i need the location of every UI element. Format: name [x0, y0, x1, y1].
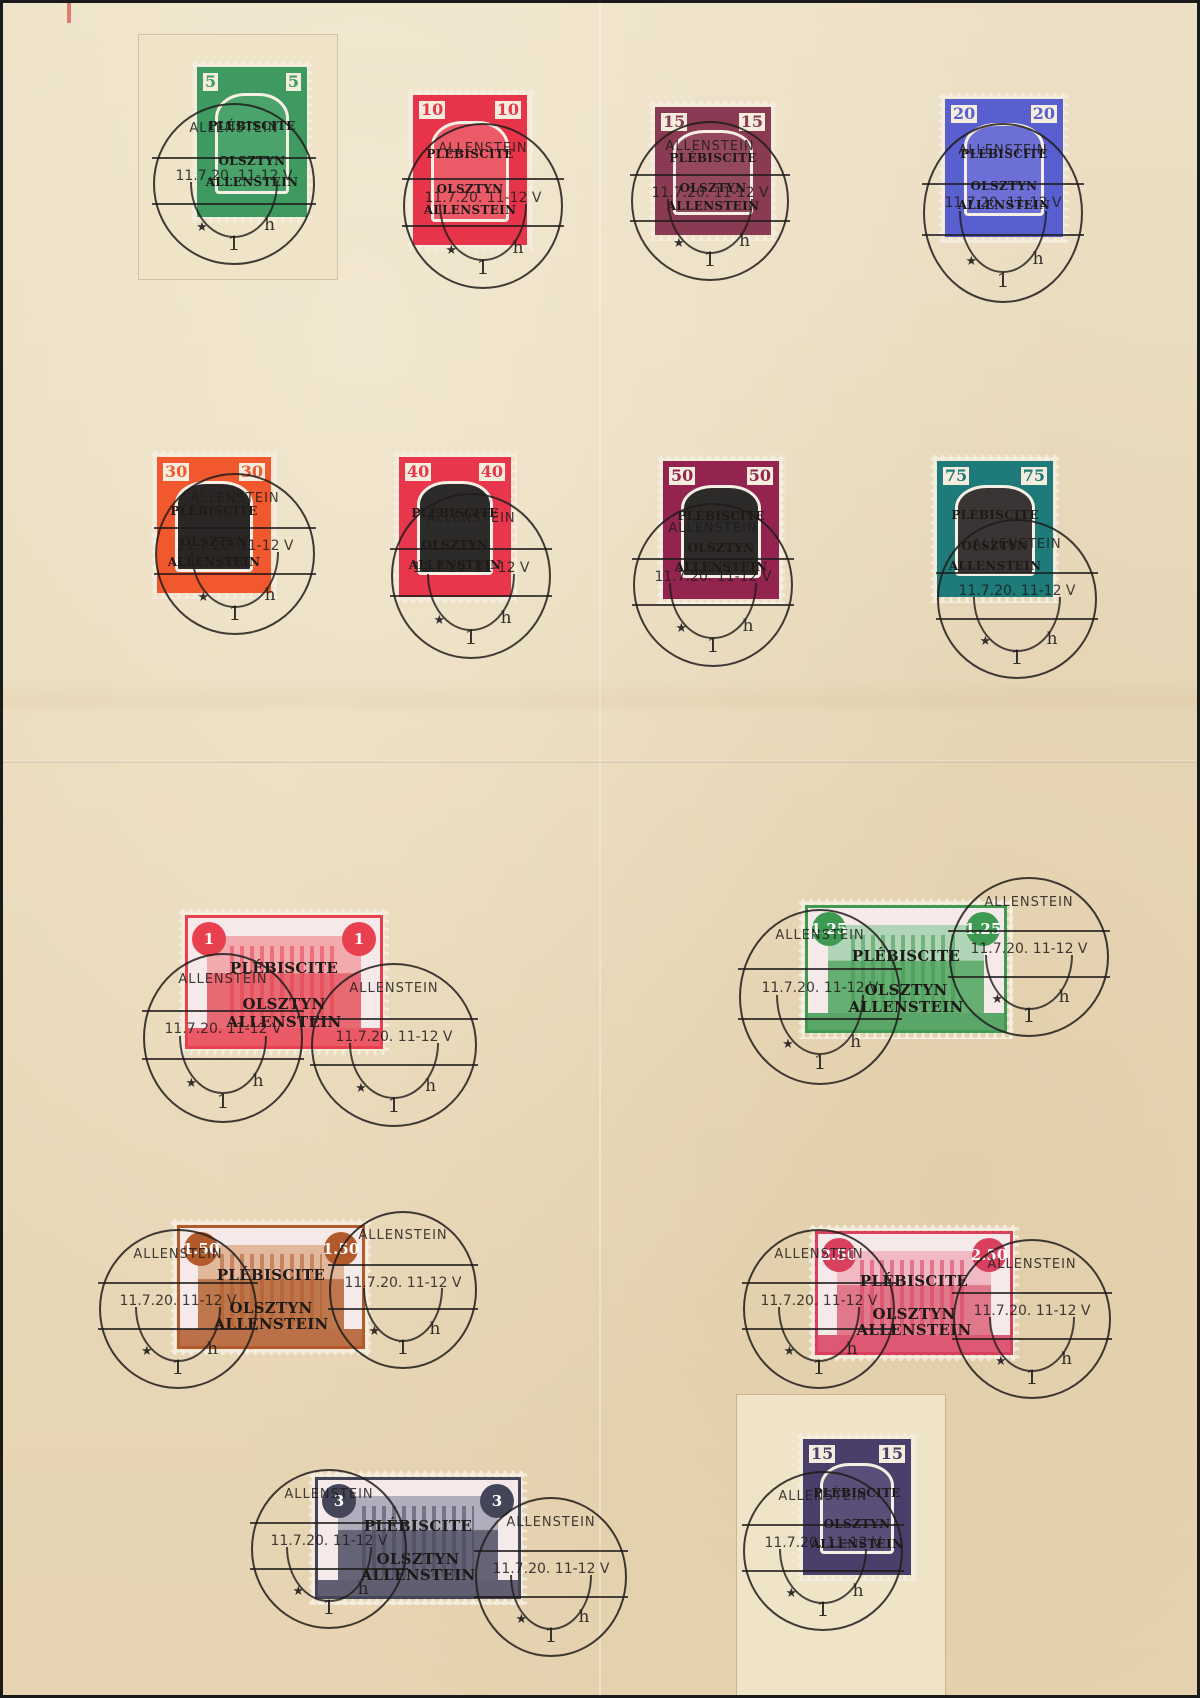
overprint-line: OLSZTYN — [948, 179, 1060, 193]
denomination-label: 50 — [747, 467, 773, 485]
bottom-band — [948, 216, 1060, 234]
denomination-label: 75 — [943, 467, 969, 485]
overprint-line: ALLENSTEIN — [818, 1321, 1010, 1339]
denomination-label: 3 — [480, 1484, 514, 1518]
denomination-label: 15 — [739, 113, 765, 131]
postmark-inner-arc — [363, 1288, 444, 1342]
overprint-line: OLSZTYN — [188, 995, 380, 1013]
star-icon: ★ — [293, 1584, 305, 1599]
overprint-line: OLSZTYN — [180, 1299, 362, 1317]
postmark-suffix: h — [501, 608, 512, 628]
overprint-line: OLSZTYN — [818, 1305, 1010, 1323]
stamp-design: 33PLÉBISCITEOLSZTYNALLENSTEIN — [315, 1477, 521, 1599]
postmark-office: 1 — [145, 1089, 301, 1113]
stamp-design: 1.501.50PLÉBISCITEOLSZTYNALLENSTEIN — [177, 1225, 365, 1349]
vertical-fold — [599, 3, 601, 1695]
overprint-line: PLÉBISCITE — [818, 1272, 1010, 1290]
star-icon: ★ — [141, 1344, 153, 1359]
overprint-line: ALLENSTEIN — [160, 555, 268, 569]
star-icon: ★ — [515, 1612, 527, 1627]
stamp-design: 55PLÉBISCITEOLSZTYNALLENSTEIN — [197, 67, 307, 217]
postmark-office: 1 — [955, 1365, 1109, 1389]
bottom-band — [160, 572, 268, 590]
star-icon: ★ — [783, 1344, 795, 1359]
overprint-line: PLÉBISCITE — [658, 151, 768, 165]
overprint-line: ALLENSTEIN — [188, 1013, 380, 1031]
denomination-label: 1 — [192, 922, 226, 956]
overprint-line: OLSZTYN — [416, 182, 524, 196]
stamp-sheet: 55PLÉBISCITEOLSZTYNALLENSTEINALLENSTEIN1… — [3, 3, 1197, 1695]
overprint-line: PLÉBISCITE — [940, 508, 1050, 522]
denomination-label: 75 — [1021, 467, 1047, 485]
postmark-suffix: h — [1033, 249, 1044, 269]
overprint-line: ALLENSTEIN — [948, 198, 1060, 212]
stamp-s15a: 1515PLÉBISCITEOLSZTYNALLENSTEIN — [649, 101, 777, 241]
overprint-line: OLSZTYN — [940, 539, 1050, 553]
stamp-design: 2.502.50PLÉBISCITEOLSZTYNALLENSTEIN — [815, 1231, 1013, 1355]
postmark-office: 1 — [939, 645, 1095, 669]
overprint-line: PLÉBISCITE — [402, 506, 508, 520]
postmark-suffix: h — [1047, 629, 1058, 649]
postmark-suffix: h — [579, 1607, 590, 1627]
stamp-m3: 33PLÉBISCITEOLSZTYNALLENSTEIN — [309, 1471, 527, 1605]
bottom-band — [402, 575, 508, 594]
bottom-band — [188, 1028, 380, 1046]
postmark-suffix: h — [1059, 987, 1070, 1007]
star-icon: ★ — [782, 1037, 794, 1052]
postmark-suffix: h — [1061, 1349, 1072, 1369]
overprint-line: PLÉBISCITE — [806, 1486, 908, 1500]
overprint-line: PLÉBISCITE — [948, 147, 1060, 161]
stamp-s20: 2020PLÉBISCITEOLSZTYNALLENSTEIN — [939, 93, 1069, 243]
stamp-s5: 55PLÉBISCITEOLSZTYNALLENSTEIN — [191, 61, 313, 223]
stamp-design: 1.251.25PLÉBISCITEOLSZTYNALLENSTEIN — [805, 905, 1007, 1033]
postmark-bar — [310, 1064, 478, 1066]
postmark-office: 1 — [393, 625, 549, 649]
postmark-suffix: h — [743, 616, 754, 636]
denomination-label: 2.50 — [822, 1238, 856, 1272]
overprint-line: PLÉBISCITE — [416, 147, 524, 161]
postmark-office: 1 — [313, 1093, 475, 1117]
postmark-suffix: h — [253, 1071, 264, 1091]
overprint-line: OLSZTYN — [658, 181, 768, 195]
overprint-line: OLSZTYN — [806, 1517, 908, 1531]
denomination-label: 15 — [661, 113, 687, 131]
postmark-office: 1 — [405, 255, 561, 279]
denomination-label: 50 — [669, 467, 695, 485]
bottom-band — [658, 215, 768, 232]
star-icon: ★ — [355, 1081, 367, 1096]
stamp-design: 5050PLÉBISCITEOLSZTYNALLENSTEIN — [663, 461, 779, 599]
postmark-suffix: h — [430, 1319, 441, 1339]
stamp-m250: 2.502.50PLÉBISCITEOLSZTYNALLENSTEIN — [809, 1225, 1019, 1361]
overprint-line: ALLENSTEIN — [318, 1566, 518, 1584]
overprint-line: PLÉBISCITE — [160, 504, 268, 518]
overprint-line: OLSZTYN — [402, 538, 508, 552]
stamp-m1: 11PLÉBISCITEOLSZTYNALLENSTEIN — [179, 909, 389, 1055]
overprint-line: ALLENSTEIN — [808, 998, 1004, 1016]
overprint-line: PLÉBISCITE — [318, 1517, 518, 1535]
denomination-label: 30 — [163, 463, 189, 481]
stamp-s15b: 1515PLÉBISCITEOLSZTYNALLENSTEIN — [797, 1433, 917, 1581]
star-icon: ★ — [434, 613, 446, 628]
denomination-label: 1.25 — [966, 912, 1000, 946]
stamp-design: 11PLÉBISCITEOLSZTYNALLENSTEIN — [185, 915, 383, 1049]
bottom-band — [200, 194, 304, 214]
denomination-label: 40 — [405, 463, 431, 481]
postmark-bar — [936, 618, 1098, 620]
stamp-design: 7575PLÉBISCITEOLSZTYNALLENSTEIN — [937, 461, 1053, 597]
denomination-label: 2.50 — [972, 1238, 1006, 1272]
stamp-design: 1515PLÉBISCITEOLSZTYNALLENSTEIN — [655, 107, 771, 235]
postmark-office: 1 — [101, 1355, 255, 1379]
stamp-s30: 3030PLÉBISCITEOLSZTYNALLENSTEIN — [151, 451, 277, 599]
star-icon: ★ — [980, 634, 992, 649]
overprint-line: ALLENSTEIN — [200, 175, 304, 189]
denomination-label: 5 — [286, 73, 301, 91]
bottom-band — [416, 222, 524, 242]
postmark-bar — [142, 1058, 304, 1060]
overprint-line: OLSZTYN — [666, 541, 776, 555]
overprint-line: ALLENSTEIN — [416, 203, 524, 217]
bottom-band — [666, 578, 776, 596]
postmark-office: 1 — [477, 1623, 625, 1647]
denomination-label: 1.50 — [324, 1232, 358, 1266]
overprint-line: PLÉBISCITE — [200, 119, 304, 133]
star-icon: ★ — [966, 254, 978, 269]
star-icon: ★ — [186, 1076, 198, 1091]
stamp-design: 4040PLÉBISCITEOLSZTYNALLENSTEIN — [399, 457, 511, 597]
stamp-s75: 7575PLÉBISCITEOLSZTYNALLENSTEIN — [931, 455, 1059, 603]
overprint-line: PLÉBISCITE — [808, 947, 1004, 965]
overprint-line: PLÉBISCITE — [180, 1266, 362, 1284]
stamp-design: 2020PLÉBISCITEOLSZTYNALLENSTEIN — [945, 99, 1063, 237]
postmark-inner-arc — [973, 597, 1060, 652]
stamp-s50: 5050PLÉBISCITEOLSZTYNALLENSTEIN — [657, 455, 785, 605]
star-icon: ★ — [676, 621, 688, 636]
postmark-office: 1 — [633, 247, 787, 271]
red-ink-mark — [67, 3, 71, 23]
stamp-design: 1010PLÉBISCITEOLSZTYNALLENSTEIN — [413, 95, 527, 245]
stamp-m150: 1.501.50PLÉBISCITEOLSZTYNALLENSTEIN — [171, 1219, 371, 1355]
stamp-design: 1515PLÉBISCITEOLSZTYNALLENSTEIN — [803, 1439, 911, 1575]
overprint-line: ALLENSTEIN — [180, 1315, 362, 1333]
bottom-band — [940, 576, 1050, 594]
overprint-line: ALLENSTEIN — [940, 559, 1050, 573]
denomination-label: 40 — [479, 463, 505, 481]
denomination-label: 30 — [239, 463, 265, 481]
denomination-label: 1.25 — [812, 912, 846, 946]
denomination-label: 1.50 — [184, 1232, 218, 1266]
denomination-label: 10 — [495, 101, 521, 119]
denomination-label: 5 — [203, 73, 218, 91]
stamp-m125: 1.251.25PLÉBISCITEOLSZTYNALLENSTEIN — [799, 899, 1013, 1039]
denomination-label: 1 — [342, 922, 376, 956]
postmark-office: 1 — [635, 633, 791, 657]
denomination-label: 20 — [1031, 105, 1057, 123]
denomination-label: 3 — [322, 1484, 356, 1518]
denomination-label: 15 — [879, 1445, 905, 1463]
postmark-office: 1 — [741, 1050, 899, 1074]
stamp-s10: 1010PLÉBISCITEOLSZTYNALLENSTEIN — [407, 89, 533, 251]
stamp-design: 3030PLÉBISCITEOLSZTYNALLENSTEIN — [157, 457, 271, 593]
overprint-line: PLÉBISCITE — [188, 959, 380, 977]
denomination-label: 20 — [951, 105, 977, 123]
overprint-line: ALLENSTEIN — [806, 1537, 908, 1551]
overprint-line: ALLENSTEIN — [402, 558, 508, 572]
stamp-s40: 4040PLÉBISCITEOLSZTYNALLENSTEIN — [393, 451, 517, 603]
overprint-line: ALLENSTEIN — [658, 199, 768, 213]
denomination-label: 10 — [419, 101, 445, 119]
postmark-office: 1 — [157, 601, 313, 625]
overprint-line: OLSZTYN — [808, 981, 1004, 999]
overprint-line: ALLENSTEIN — [666, 560, 776, 574]
postmark-suffix: h — [425, 1076, 436, 1096]
bottom-band — [806, 1554, 908, 1572]
postmark-office: 1 — [925, 268, 1081, 292]
overprint-line: OLSZTYN — [160, 535, 268, 549]
overprint-line: OLSZTYN — [200, 154, 304, 168]
overprint-line: PLÉBISCITE — [666, 509, 776, 523]
denomination-label: 15 — [809, 1445, 835, 1463]
